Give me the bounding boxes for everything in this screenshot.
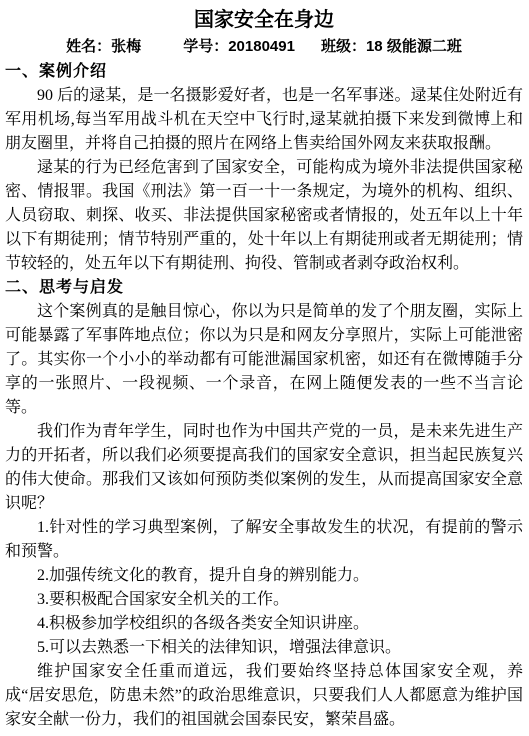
- student-id-value: 20180491: [228, 38, 295, 55]
- student-class-label: 班级：: [321, 38, 366, 55]
- student-name-label: 姓名：: [66, 38, 111, 55]
- closing-paragraph: 维护国家安全任重而道远，我们要始终坚持总体国家安全观，养成“居安思危，防患未然”…: [5, 660, 523, 732]
- student-class-field: 班级：18 级能源二班: [321, 36, 462, 58]
- student-id-field: 学号：20180491: [183, 36, 295, 58]
- section2-heading: 二、思考与启发: [5, 276, 523, 300]
- document-page: 国家安全在身边 姓名：张梅 学号：20180491 班级：18 级能源二班 一、…: [0, 0, 529, 736]
- numbered-list-item-1: 1.针对性的学习典型案例，了解安全事故发生的状况，有提前的警示和预警。: [5, 516, 523, 564]
- document-title: 国家安全在身边: [5, 7, 523, 33]
- section1-heading: 一、案例介绍: [5, 60, 523, 84]
- numbered-list-item-4: 4.积极参加学校组织的各级各类安全知识讲座。: [5, 612, 523, 636]
- numbered-list-item-3: 3.要积极配合国家安全机关的工作。: [5, 588, 523, 612]
- section2-paragraph-2: 我们作为青年学生，同时也作为中国共产党的一员，是未来先进生产力的开拓者，所以我们…: [5, 420, 523, 516]
- numbered-list-item-5: 5.可以去熟悉一下相关的法律知识，增强法律意识。: [5, 636, 523, 660]
- student-name-field: 姓名：张梅: [66, 36, 141, 58]
- section1-paragraph-2: 逯某的行为已经危害到了国家安全，可能构成为境外非法提供国家秘密、情报罪。我国《刑…: [5, 156, 523, 276]
- section1-paragraph-1: 90 后的逯某，是一名摄影爱好者，也是一名军事迷。逯某住处附近有军用机场,每当军…: [5, 84, 523, 156]
- student-info-line: 姓名：张梅 学号：20180491 班级：18 级能源二班: [5, 36, 523, 58]
- numbered-list-item-2: 2.加强传统文化的教育，提升自身的辨别能力。: [5, 564, 523, 588]
- student-name-value: 张梅: [111, 38, 141, 55]
- student-id-label: 学号：: [183, 38, 228, 55]
- student-class-value: 18 级能源二班: [366, 38, 462, 55]
- section2-paragraph-1: 这个案例真的是触目惊心，你以为只是简单的发了个朋友圈，实际上可能暴露了军事阵地点…: [5, 300, 523, 420]
